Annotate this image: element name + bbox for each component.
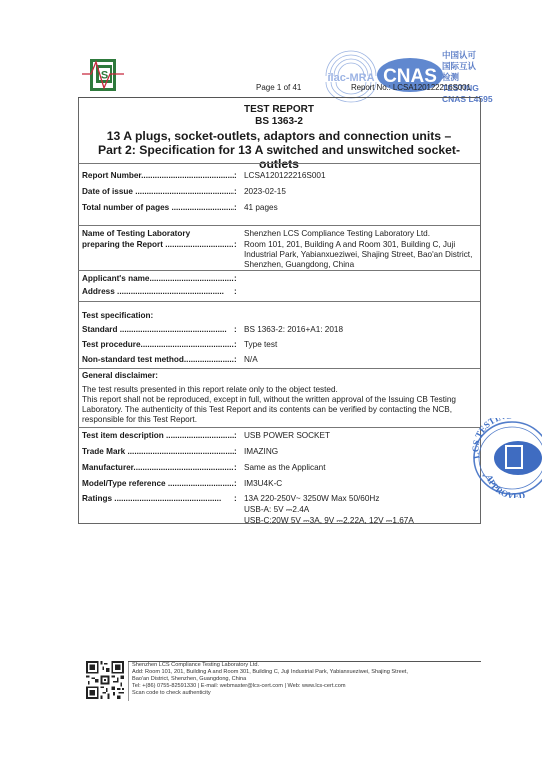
footer-address-2: Bao'an District, Shenzhen, Guangdong, Ch… [132, 676, 408, 683]
report-number-value: LCSA120122216S001 [244, 171, 326, 181]
total-pages-row: Total number of pages ..................… [82, 203, 278, 213]
footer-address: Add: Room 101, 201, Building A and Room … [132, 669, 408, 676]
section-divider [78, 427, 480, 428]
disclaimer-text: The test results presented in this repor… [82, 385, 477, 425]
qr-code-icon[interactable] [86, 661, 124, 699]
field-label: Applicant's name [82, 274, 149, 283]
field-label: Model/Type reference [82, 479, 166, 488]
lcs-logo-icon: S [82, 57, 124, 93]
laboratory-address-line: Room 101, 201, Building A and Room 301, … [244, 240, 472, 250]
laboratory-address-line: Industrial Park, Yabianxueziwei, Shajing… [244, 250, 472, 260]
test-specification-heading: Test specification: [82, 311, 153, 321]
standard-subtitle-2: Part 2: Specification for 13 A switched … [78, 143, 480, 171]
field-label: Ratings [82, 494, 112, 503]
standard-value: BS 1363-2: 2016+A1: 2018 [244, 325, 343, 335]
test-item-description-row: Test item description ..................… [82, 431, 330, 441]
report-number-row: Report Number...........................… [82, 171, 326, 181]
applicant-address-row: Address ................................… [82, 287, 244, 297]
section-divider [78, 225, 480, 226]
manufacturer-row: Manufacturer............................… [82, 463, 325, 473]
field-label: Date of issue [82, 187, 133, 196]
section-divider [78, 368, 480, 369]
non-standard-method-value: N/A [244, 355, 258, 365]
svg-text:*: * [482, 473, 485, 482]
footer-company: Shenzhen LCS Compliance Testing Laborato… [132, 662, 408, 669]
non-standard-method-row: Non-standard test method................… [82, 355, 258, 365]
test-procedure-value: Type test [244, 340, 277, 350]
date-of-issue-row: Date of issue ..........................… [82, 187, 286, 197]
report-number-header: Report No.: LCSA120122216S001 [351, 83, 471, 92]
standard-title: BS 1363-2 [78, 116, 480, 128]
laboratory-address-line: Shenzhen, Guangdong, China [244, 260, 472, 270]
total-pages-value: 41 pages [244, 203, 278, 213]
footer-contact: Tel: +(86) 0755-82591330 | E-mail: webma… [132, 683, 408, 690]
field-label: Address [82, 287, 115, 296]
test-item-description-value: USB POWER SOCKET [244, 431, 330, 441]
ratings-value: 13A 220-250V~ 3250W Max 50/60Hz [244, 494, 414, 504]
field-label: Manufacturer [82, 463, 133, 472]
field-label: preparing the Report [82, 240, 163, 249]
footer-contact-info: Shenzhen LCS Compliance Testing Laborato… [132, 662, 408, 697]
svg-text:APPROVED: APPROVED [484, 473, 526, 498]
standard-subtitle-1: 13 A plugs, socket-outlets, adaptors and… [78, 129, 480, 143]
trade-mark-row: Trade Mark .............................… [82, 447, 278, 457]
ratings-usb-c: USB-C:20W 5V ⎓3A, 9V ⎓2.22A, 12V ⎓1.67A [244, 516, 414, 526]
field-label: Test item description [82, 431, 164, 440]
laboratory-row: Name of Testing LaboratoryShenzhen LCS C… [82, 229, 430, 239]
field-label: Test procedure [82, 340, 141, 349]
date-of-issue-value: 2023-02-15 [244, 187, 286, 197]
footer-separator [128, 661, 129, 701]
ratings-row: Ratings ................................… [82, 494, 414, 526]
field-label: Non-standard test method [82, 355, 184, 364]
field-label: Total number of pages [82, 203, 169, 212]
field-label: Standard [82, 325, 118, 334]
model-type-value: IM3U4K-C [244, 479, 282, 489]
disclaimer-heading: General disclaimer: [82, 371, 158, 381]
report-type-title: TEST REPORT [78, 104, 480, 116]
report-title-block: TEST REPORT BS 1363-2 13 A plugs, socket… [78, 104, 480, 171]
field-label: Trade Mark [82, 447, 125, 456]
section-divider [78, 301, 480, 302]
laboratory-name: Shenzhen LCS Compliance Testing Laborato… [244, 229, 430, 239]
section-divider [78, 163, 480, 164]
standard-row: Standard ...............................… [82, 325, 343, 335]
ratings-usb-a: USB-A: 5V ⎓2.4A [244, 505, 414, 515]
trade-mark-value: IMAZING [244, 447, 278, 457]
section-divider [78, 270, 480, 271]
laboratory-label-1: Name of Testing Laboratory [82, 229, 234, 239]
test-procedure-row: Test procedure..........................… [82, 340, 277, 350]
applicant-name-row: Applicant's name........................… [82, 274, 244, 284]
page-number: Page 1 of 41 [256, 83, 301, 92]
field-label: Report Number [82, 171, 141, 180]
manufacturer-value: Same as the Applicant [244, 463, 325, 473]
footer-scan-note: Scan code to check authenticity [132, 690, 408, 697]
lcs-approved-stamp-icon: LCS TESTING APPROVED * [470, 418, 542, 498]
laboratory-address-row: preparing the Report ...................… [82, 240, 472, 270]
model-type-row: Model/Type reference ...................… [82, 479, 282, 489]
